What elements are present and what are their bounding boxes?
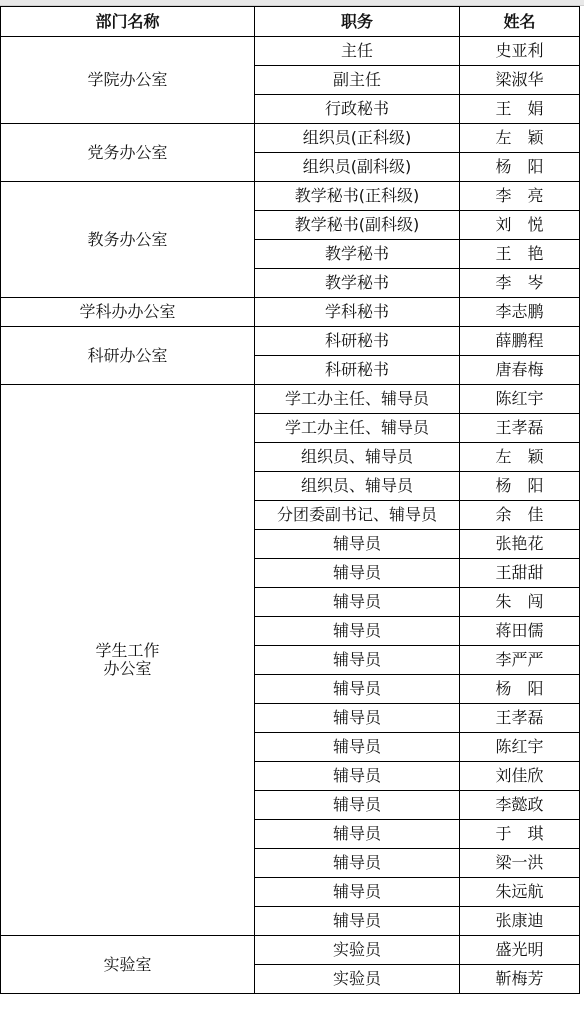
name-cell: 刘佳欣: [460, 762, 580, 791]
name-cell: 陈红宇: [460, 733, 580, 762]
position-cell: 辅导员: [255, 617, 460, 646]
name-cell: 李志鹏: [460, 298, 580, 327]
position-cell: 辅导员: [255, 878, 460, 907]
position-cell: 教学秘书: [255, 269, 460, 298]
name-cell: 杨 阳: [460, 153, 580, 182]
staff-roster-table: 部门名称 职务 姓名 学院办公室主任史亚利副主任梁淑华行政秘书王 娟党务办公室组…: [0, 6, 580, 994]
position-cell: 辅导员: [255, 733, 460, 762]
department-label: 学科办办公室: [1, 303, 254, 321]
table-row: 科研办公室科研秘书薛鹏程: [1, 327, 580, 356]
name-cell: 唐春梅: [460, 356, 580, 385]
department-label: 学生工作: [1, 642, 254, 660]
table-row: 学院办公室主任史亚利: [1, 37, 580, 66]
table-row: 学生工作办公室学工办主任、辅导员陈红宇: [1, 385, 580, 414]
position-cell: 主任: [255, 37, 460, 66]
name-cell: 张艳花: [460, 530, 580, 559]
name-cell: 张康迪: [460, 907, 580, 936]
name-cell: 王甜甜: [460, 559, 580, 588]
position-cell: 科研秘书: [255, 356, 460, 385]
department-cell: 实验室: [1, 936, 255, 994]
table-row: 学科办办公室学科秘书李志鹏: [1, 298, 580, 327]
name-cell: 左 颖: [460, 443, 580, 472]
name-cell: 靳梅芳: [460, 965, 580, 994]
department-cell: 党务办公室: [1, 124, 255, 182]
position-cell: 组织员、辅导员: [255, 443, 460, 472]
name-cell: 李严严: [460, 646, 580, 675]
position-cell: 教学秘书(副科级): [255, 211, 460, 240]
name-cell: 刘 悦: [460, 211, 580, 240]
position-cell: 辅导员: [255, 559, 460, 588]
position-cell: 辅导员: [255, 675, 460, 704]
position-cell: 辅导员: [255, 762, 460, 791]
name-cell: 王孝磊: [460, 414, 580, 443]
position-cell: 学工办主任、辅导员: [255, 385, 460, 414]
name-cell: 杨 阳: [460, 675, 580, 704]
department-cell: 学生工作办公室: [1, 385, 255, 936]
name-cell: 李懿政: [460, 791, 580, 820]
position-cell: 学工办主任、辅导员: [255, 414, 460, 443]
position-cell: 科研秘书: [255, 327, 460, 356]
table-body: 学院办公室主任史亚利副主任梁淑华行政秘书王 娟党务办公室组织员(正科级)左 颖组…: [1, 37, 580, 994]
header-department: 部门名称: [1, 7, 255, 37]
position-cell: 辅导员: [255, 588, 460, 617]
position-cell: 行政秘书: [255, 95, 460, 124]
department-label: 实验室: [1, 956, 254, 974]
position-cell: 实验员: [255, 936, 460, 965]
position-cell: 分团委副书记、辅导员: [255, 501, 460, 530]
name-cell: 陈红宇: [460, 385, 580, 414]
table-row: 教务办公室教学秘书(正科级)李 亮: [1, 182, 580, 211]
position-cell: 学科秘书: [255, 298, 460, 327]
name-cell: 史亚利: [460, 37, 580, 66]
position-cell: 辅导员: [255, 907, 460, 936]
name-cell: 盛光明: [460, 936, 580, 965]
department-label: 办公室: [1, 660, 254, 678]
name-cell: 余 佳: [460, 501, 580, 530]
position-cell: 辅导员: [255, 704, 460, 733]
department-cell: 科研办公室: [1, 327, 255, 385]
name-cell: 李 亮: [460, 182, 580, 211]
position-cell: 辅导员: [255, 646, 460, 675]
name-cell: 梁一洪: [460, 849, 580, 878]
name-cell: 王 娟: [460, 95, 580, 124]
name-cell: 薛鹏程: [460, 327, 580, 356]
department-cell: 学科办办公室: [1, 298, 255, 327]
position-cell: 教学秘书(正科级): [255, 182, 460, 211]
name-cell: 李 岑: [460, 269, 580, 298]
department-cell: 学院办公室: [1, 37, 255, 124]
position-cell: 组织员、辅导员: [255, 472, 460, 501]
name-cell: 王 艳: [460, 240, 580, 269]
name-cell: 王孝磊: [460, 704, 580, 733]
name-cell: 杨 阳: [460, 472, 580, 501]
position-cell: 组织员(副科级): [255, 153, 460, 182]
header-position: 职务: [255, 7, 460, 37]
position-cell: 辅导员: [255, 791, 460, 820]
name-cell: 朱远航: [460, 878, 580, 907]
department-label: 学院办公室: [1, 71, 254, 89]
table-row: 党务办公室组织员(正科级)左 颖: [1, 124, 580, 153]
header-name: 姓名: [460, 7, 580, 37]
position-cell: 组织员(正科级): [255, 124, 460, 153]
department-label: 科研办公室: [1, 347, 254, 365]
name-cell: 梁淑华: [460, 66, 580, 95]
name-cell: 朱 闯: [460, 588, 580, 617]
position-cell: 辅导员: [255, 530, 460, 559]
position-cell: 副主任: [255, 66, 460, 95]
table-row: 实验室实验员盛光明: [1, 936, 580, 965]
department-label: 党务办公室: [1, 144, 254, 162]
name-cell: 于 琪: [460, 820, 580, 849]
position-cell: 实验员: [255, 965, 460, 994]
department-cell: 教务办公室: [1, 182, 255, 298]
name-cell: 左 颖: [460, 124, 580, 153]
position-cell: 辅导员: [255, 849, 460, 878]
name-cell: 蒋田儒: [460, 617, 580, 646]
department-label: 教务办公室: [1, 231, 254, 249]
header-row: 部门名称 职务 姓名: [1, 7, 580, 37]
position-cell: 辅导员: [255, 820, 460, 849]
position-cell: 教学秘书: [255, 240, 460, 269]
